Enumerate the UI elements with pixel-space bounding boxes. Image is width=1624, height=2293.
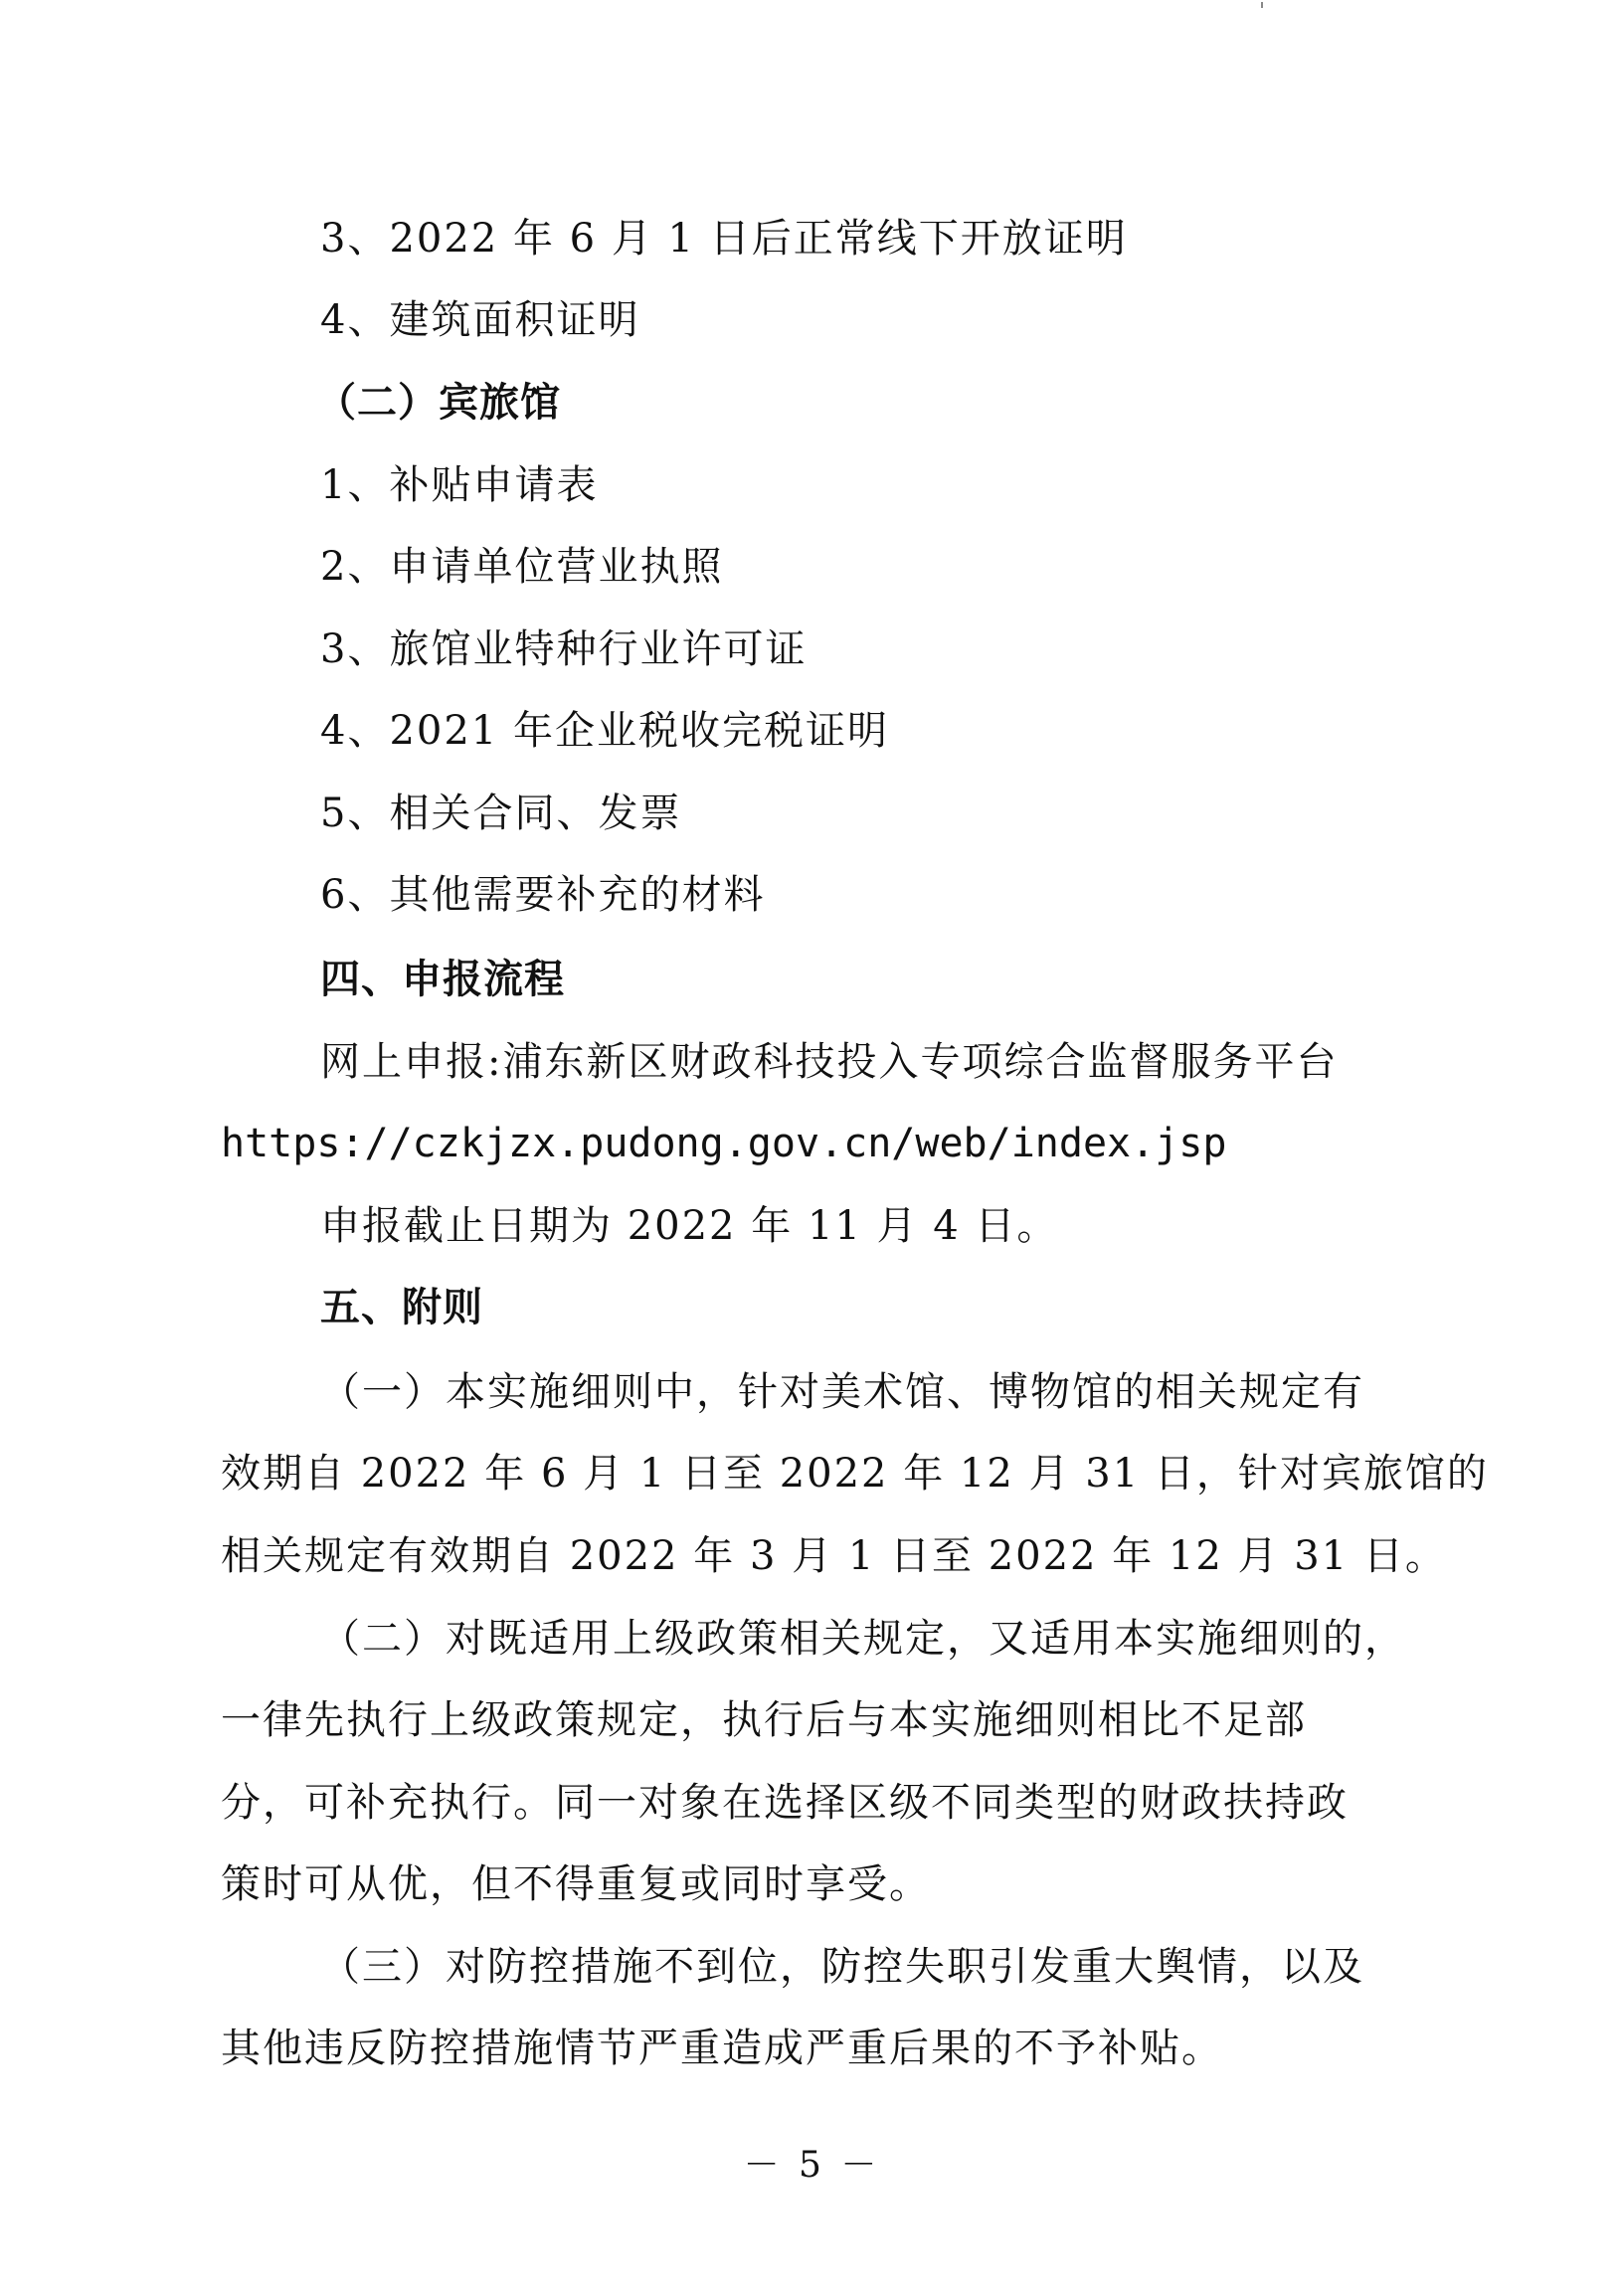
- section-five-heading: 五、附则: [320, 1283, 1504, 1332]
- hotel-section-heading: （二）宾旅馆: [316, 378, 1500, 428]
- paragraph-1-line-1: （一）本实施细则中，针对美术馆、博物馆的相关规定有: [320, 1367, 1504, 1417]
- paragraph-3-line-2: 其他违反防控措施情节严重造成严重后果的不予补贴。: [221, 2024, 1404, 2073]
- hotel-item-4: 4、2021 年企业税收完税证明: [320, 706, 1504, 756]
- paragraph-2-line-3: 分，可补充执行。同一对象在选择区级不同类型的财政扶持政: [221, 1778, 1404, 1828]
- section-four-heading: 四、申报流程: [320, 955, 1504, 1004]
- hotel-item-1: 1、补贴申请表: [320, 460, 1504, 510]
- platform-url-link[interactable]: https://czkjzx.pudong.gov.cn/web/index.j…: [221, 1119, 1404, 1168]
- paragraph-2-line-1: （二）对既适用上级政策相关规定，又适用本实施细则的，: [320, 1614, 1504, 1664]
- hotel-item-5: 5、相关合同、发票: [320, 789, 1504, 838]
- hotel-item-6: 6、其他需要补充的材料: [320, 870, 1504, 920]
- paragraph-1-line-2: 效期自 2022 年 6 月 1 日至 2022 年 12 月 31 日，针对宾…: [221, 1449, 1404, 1499]
- paragraph-3-line-1: （三）对防控措施不到位，防控失职引发重大舆情，以及: [320, 1942, 1504, 1992]
- online-application-label: 网上申报:浦东新区财政科技投入专项综合监督服务平台: [320, 1037, 1504, 1087]
- deadline-text: 申报截止日期为 2022 年 11 月 4 日。: [320, 1201, 1504, 1251]
- scan-speck: [1261, 2, 1263, 8]
- hotel-item-2: 2、申请单位营业执照: [320, 542, 1504, 592]
- paragraph-2-line-2: 一律先执行上级政策规定，执行后与本实施细则相比不足部: [221, 1695, 1404, 1745]
- hotel-item-3: 3、旅馆业特种行业许可证: [320, 624, 1504, 674]
- museum-item-4: 4、建筑面积证明: [320, 295, 1504, 345]
- page-number: － 5 －: [0, 2144, 1624, 2188]
- paragraph-1-line-3: 相关规定有效期自 2022 年 3 月 1 日至 2022 年 12 月 31 …: [221, 1531, 1404, 1581]
- paragraph-2-line-4: 策时可从优，但不得重复或同时享受。: [221, 1859, 1404, 1909]
- document-page: 3、2022 年 6 月 1 日后正常线下开放证明 4、建筑面积证明 （二）宾旅…: [0, 0, 1624, 2293]
- museum-item-3: 3、2022 年 6 月 1 日后正常线下开放证明: [320, 214, 1504, 264]
